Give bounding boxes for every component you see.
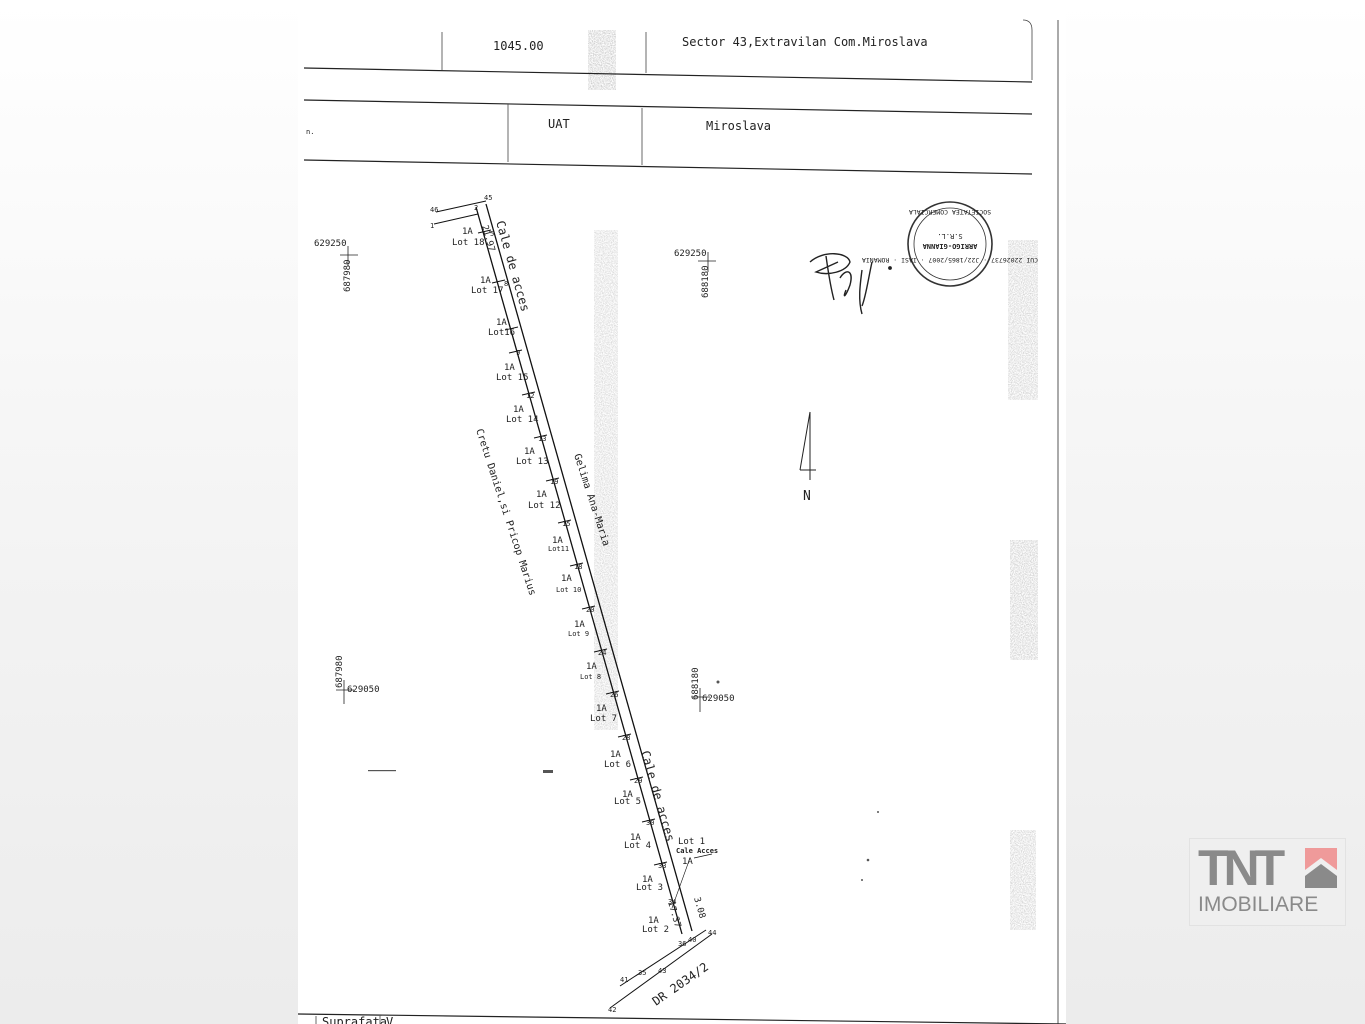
svg-text:Lot 4: Lot 4 — [624, 841, 651, 851]
footer-surface-label: Suprafata — [322, 1015, 387, 1024]
lot-18: 1ALot 18 — [452, 227, 485, 248]
house-icon — [1305, 848, 1337, 888]
svg-text:S.R.L.: S.R.L. — [937, 232, 962, 240]
svg-text:Lot 3: Lot 3 — [636, 883, 663, 893]
coord-y-4: 688180 — [691, 667, 701, 700]
lot-12: 1ALot 12 — [528, 490, 561, 511]
svg-text:Lot 1: Lot 1 — [678, 837, 705, 847]
svg-text:1A: 1A — [586, 662, 597, 672]
svg-text:Lot16: Lot16 — [488, 328, 515, 338]
svg-text:1A: 1A — [513, 405, 524, 415]
lot-11: 1ALot11 — [548, 536, 569, 553]
svg-text:Cale Acces: Cale Acces — [676, 847, 718, 855]
lot-10: 1ALot 10 — [556, 574, 581, 594]
svg-text:Lot 17: Lot 17 — [471, 286, 504, 296]
svg-text:1A: 1A — [496, 318, 507, 328]
svg-text:Lot 15: Lot 15 — [496, 373, 529, 383]
lot-13: 1ALot 13 — [516, 447, 549, 467]
coord-x-2: 629250 — [674, 249, 707, 259]
tnt-imobiliare-watermark: TNT IMOBILIARE — [1189, 838, 1346, 926]
svg-text:33: 33 — [658, 862, 666, 870]
location-value: Sector 43,Extravilan Com.Miroslava — [682, 35, 928, 49]
svg-text:1: 1 — [430, 222, 434, 230]
header-table: 1045.00 Sector 43,Extravilan Com.Mirosla… — [304, 20, 1032, 174]
uat-value: Miroslava — [706, 119, 771, 133]
svg-text:1A: 1A — [574, 620, 585, 630]
cadastral-plan-document: 1045.00 Sector 43,Extravilan Com.Mirosla… — [298, 0, 1066, 1024]
svg-text:1A: 1A — [504, 363, 515, 373]
svg-text:Lot 7: Lot 7 — [590, 714, 617, 724]
coord-y-2: 688180 — [701, 265, 711, 298]
lot-2: 1ALot 2 — [642, 916, 669, 935]
svg-text:9: 9 — [516, 349, 520, 357]
lot-1: Lot 1 Cale Acces 1A — [676, 837, 718, 867]
svg-text:Lot 14: Lot 14 — [506, 415, 539, 425]
lot-14: 1ALot 14 — [506, 405, 539, 425]
svg-text:18: 18 — [574, 563, 582, 571]
lot-5: 1ALot 5 — [614, 790, 641, 807]
north-arrow-icon — [800, 412, 816, 480]
svg-text:Lot 12: Lot 12 — [528, 501, 561, 511]
north-label: N — [803, 489, 811, 504]
brand-name: TNT — [1198, 843, 1280, 893]
uat-label: UAT — [548, 117, 570, 131]
parcel-outline — [434, 201, 712, 1008]
svg-text:40: 40 — [688, 936, 696, 944]
svg-text:36: 36 — [678, 940, 686, 948]
svg-text:19: 19 — [550, 478, 558, 486]
svg-text:2: 2 — [474, 204, 478, 212]
svg-text:15: 15 — [562, 520, 570, 528]
svg-text:30: 30 — [646, 819, 654, 827]
left-fragment: n. — [306, 128, 314, 136]
svg-text:42: 42 — [608, 1006, 616, 1014]
svg-text:1A: 1A — [610, 750, 621, 760]
svg-text:35: 35 — [638, 969, 646, 977]
lot-3: 1ALot 3 — [636, 875, 663, 893]
svg-text:13: 13 — [538, 435, 546, 443]
svg-text:46: 46 — [430, 206, 438, 214]
svg-text:43: 43 — [658, 967, 666, 975]
svg-text:Lot 13: Lot 13 — [516, 457, 549, 467]
svg-text:20: 20 — [586, 606, 594, 614]
svg-text:Lot 5: Lot 5 — [614, 797, 641, 807]
svg-text:28: 28 — [622, 734, 630, 742]
svg-text:CUI 22026737 · J22/1865/2007 ·: CUI 22026737 · J22/1865/2007 · IASI · RO… — [862, 256, 1038, 264]
point-numbers: 46 1 45 2 5 8 9 12 13 19 15 18 20 24 26 … — [430, 194, 716, 1014]
svg-text:45: 45 — [484, 194, 492, 202]
svg-text:Lot 18: Lot 18 — [452, 238, 485, 248]
svg-text:1A: 1A — [462, 227, 473, 237]
svg-text:Lot 2: Lot 2 — [642, 925, 669, 935]
lot-15: 1ALot 15 — [496, 363, 529, 383]
dimension-bottom-right: 3.08 — [691, 896, 707, 920]
svg-text:Lot11: Lot11 — [548, 545, 569, 553]
lot-9: 1ALot 9 — [568, 620, 589, 638]
svg-text:Lot 10: Lot 10 — [556, 586, 581, 594]
coord-x-1: 629250 — [314, 239, 347, 249]
brand-subtitle: IMOBILIARE — [1198, 893, 1318, 917]
svg-text:Lot 9: Lot 9 — [568, 630, 589, 638]
coordinate-marks — [336, 246, 716, 712]
coord-x-3: 629050 — [347, 685, 380, 695]
svg-text:41: 41 — [620, 976, 628, 984]
svg-text:29: 29 — [634, 777, 642, 785]
lot-17: 1ALot 17 — [471, 276, 504, 296]
svg-text:SOCIETATEA COMERCIALA: SOCIETATEA COMERCIALA — [909, 208, 991, 216]
svg-text:1A: 1A — [480, 276, 491, 286]
svg-text:24: 24 — [598, 649, 606, 657]
svg-text:1A: 1A — [536, 490, 547, 500]
svg-text:1A: 1A — [596, 704, 607, 714]
svg-text:1A: 1A — [524, 447, 535, 457]
access-road-label-bottom: Cale de acces — [638, 749, 677, 843]
svg-text:26: 26 — [610, 691, 618, 699]
footer-value-label: V... — [386, 1015, 415, 1024]
area-value: 1045.00 — [493, 39, 544, 53]
svg-text:ARRIGO-GIANNA: ARRIGO-GIANNA — [922, 242, 978, 250]
svg-text:Lot 6: Lot 6 — [604, 760, 631, 770]
coord-y-3: 687980 — [335, 655, 345, 688]
lot-16: 1ALot16 — [488, 318, 515, 338]
lot-6: 1ALot 6 — [604, 750, 631, 770]
coord-x-4: 629050 — [702, 694, 735, 704]
svg-text:8: 8 — [504, 280, 508, 288]
coord-y-1: 687980 — [343, 259, 353, 292]
lot-4: 1ALot 4 — [624, 833, 651, 851]
lot-labels: 1ALot 18 1ALot 17 1ALot16 1ALot 15 1ALot… — [452, 227, 718, 935]
svg-text:44: 44 — [708, 929, 716, 937]
svg-text:Lot 8: Lot 8 — [580, 673, 601, 681]
svg-text:12: 12 — [526, 392, 534, 400]
footer-table: Suprafata V... — [298, 1014, 1066, 1024]
svg-text:1A: 1A — [682, 857, 693, 867]
svg-text:1A: 1A — [561, 574, 572, 584]
